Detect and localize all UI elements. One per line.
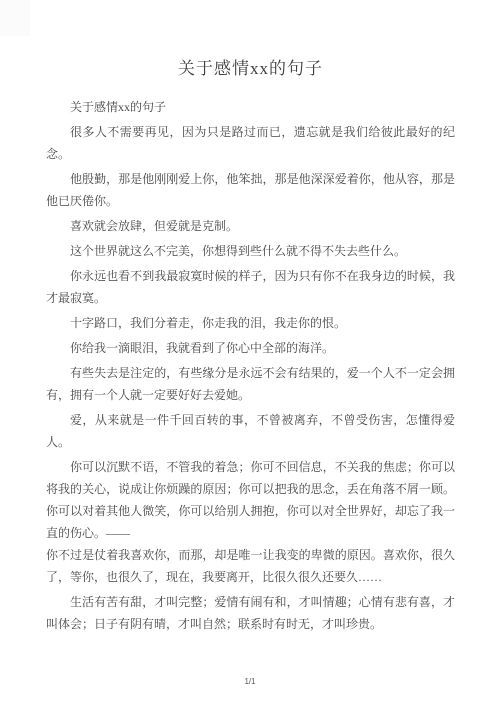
paragraph: 你给我一滴眼泪，我就看到了你心中全部的海洋。	[46, 337, 455, 359]
document-page: 关于感情xx的句子 关于感情xx的句子 很多人不需要再见，因为只是路过而已，遗忘…	[0, 0, 500, 708]
paragraph: 十字路口，我们分着走，你走我的泪，我走你的恨。	[46, 312, 455, 334]
document-body: 关于感情xx的句子 很多人不需要再见，因为只是路过而已，遗忘就是我们给彼此最好的…	[46, 96, 455, 635]
paragraph: 这个世界就这么不完美，你想得到些什么就不得不失去些什么。	[46, 240, 455, 262]
paragraph: 很多人不需要再见，因为只是路过而已，遗忘就是我们给彼此最好的纪念。	[46, 121, 455, 165]
paragraph: 生活有苦有甜，才叫完整；爱情有闹有和，才叫情趣；心情有悲有喜，才叫体会；日子有阴…	[46, 591, 455, 635]
scan-artifact-corner	[0, 0, 30, 36]
paragraph: 你可以沉默不语，不管我的着急；你可不回信息，不关我的焦虑；你可以将我的关心，说成…	[46, 456, 455, 544]
page-number: 1/1	[0, 677, 500, 686]
paragraph-continuation: 你不过是仗着我喜欢你，而那，却是唯一让我变的卑微的原因。喜欢你，很久了，等你，也…	[46, 544, 455, 588]
paragraph: 你永远也看不到我最寂寞时候的样子，因为只有你不在我身边的时候，我才最寂寞。	[46, 265, 455, 309]
paragraph: 爱，从来就是一件千回百转的事，不曾被离弃，不曾受伤害，怎懂得爱人。	[46, 409, 455, 453]
document-title: 关于感情xx的句子	[46, 58, 455, 80]
paragraph: 有些失去是注定的，有些缘分是永远不会有结果的，爱一个人不一定会拥有，拥有一个人就…	[46, 362, 455, 406]
paragraph: 他殷勤，那是他刚刚爱上你，他笨拙，那是他深深爱着你，他从容，那是他已厌倦你。	[46, 168, 455, 212]
paragraph: 喜欢就会放肆，但爱就是克制。	[46, 215, 455, 237]
paragraph-heading-line: 关于感情xx的句子	[46, 96, 455, 118]
